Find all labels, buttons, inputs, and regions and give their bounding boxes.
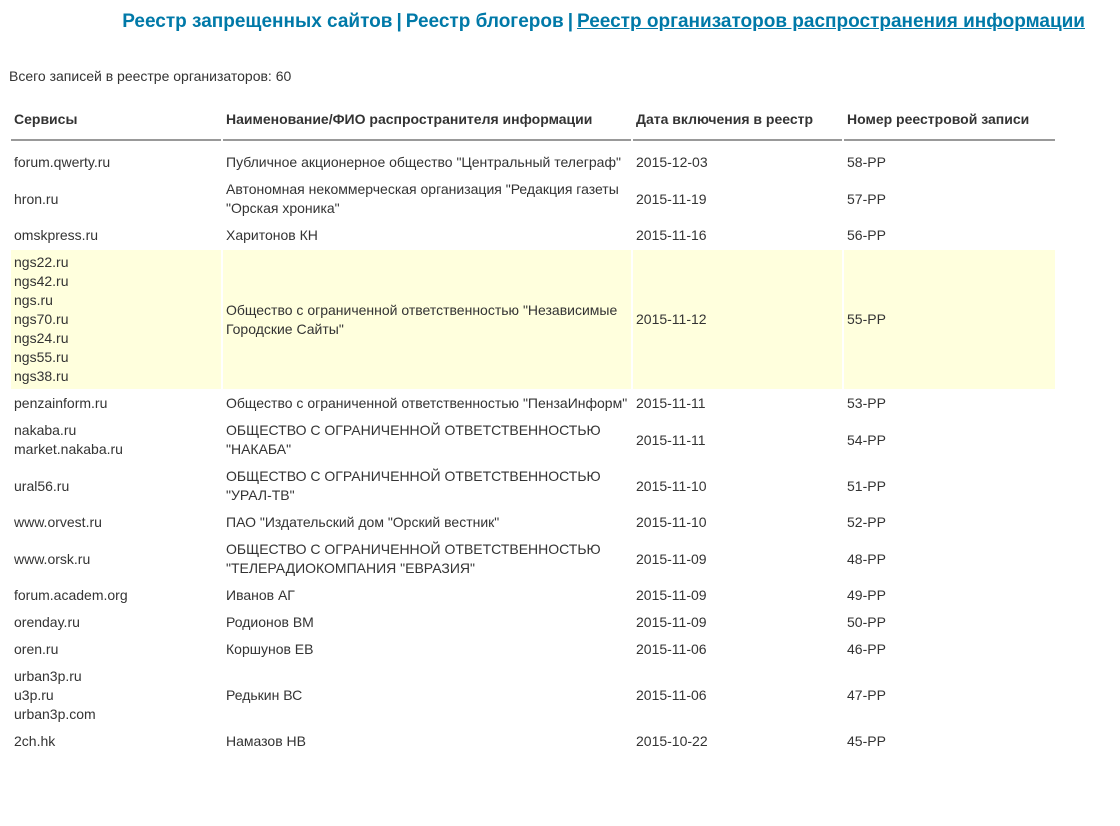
nav-link-bloggers[interactable]: Реестр блогеров xyxy=(406,11,564,32)
table-row: omskpress.ru Харитонов КН 2015-11-16 56-… xyxy=(11,223,1055,248)
nav-link-banned-sites[interactable]: Реестр запрещенных сайтов xyxy=(122,11,392,32)
record-number-cell: 48-РР xyxy=(844,537,1055,581)
distributor-name-cell: Иванов АГ xyxy=(223,583,631,608)
table-row: www.orvest.ru ПАО "Издательский дом "Орс… xyxy=(11,510,1055,535)
service-domain: penzainform.ru xyxy=(14,394,218,413)
inclusion-date-cell: 2015-11-10 xyxy=(633,464,842,508)
service-domain: forum.qwerty.ru xyxy=(14,153,218,172)
column-header-services: Сервисы xyxy=(11,106,221,141)
table-row: forum.academ.org Иванов АГ 2015-11-09 49… xyxy=(11,583,1055,608)
services-cell: www.orsk.ru xyxy=(11,537,221,581)
record-number-cell: 56-РР xyxy=(844,223,1055,248)
record-number-cell: 52-РР xyxy=(844,510,1055,535)
inclusion-date-cell: 2015-10-22 xyxy=(633,729,842,754)
inclusion-date-cell: 2015-11-09 xyxy=(633,610,842,635)
table-row: 2ch.hk Намазов НВ 2015-10-22 45-РР xyxy=(11,729,1055,754)
service-domain: omskpress.ru xyxy=(14,226,218,245)
inclusion-date-cell: 2015-11-09 xyxy=(633,583,842,608)
services-cell: nakaba.rumarket.nakaba.ru xyxy=(11,418,221,462)
service-domain: www.orsk.ru xyxy=(14,550,218,569)
service-domain: orenday.ru xyxy=(14,613,218,632)
table-row: www.orsk.ru ОБЩЕСТВО С ОГРАНИЧЕННОЙ ОТВЕ… xyxy=(11,537,1055,581)
distributor-name-cell: ОБЩЕСТВО С ОГРАНИЧЕННОЙ ОТВЕТСТВЕННОСТЬЮ… xyxy=(223,464,631,508)
service-domain: ngs55.ru xyxy=(14,348,218,367)
services-cell: omskpress.ru xyxy=(11,223,221,248)
inclusion-date-cell: 2015-12-03 xyxy=(633,143,842,175)
inclusion-date-cell: 2015-11-06 xyxy=(633,637,842,662)
table-body: forum.qwerty.ru Публичное акционерное об… xyxy=(11,143,1055,754)
service-domain: forum.academ.org xyxy=(14,586,218,605)
service-domain: 2ch.hk xyxy=(14,732,218,751)
service-domain: ngs24.ru xyxy=(14,329,218,348)
service-domain: u3p.ru xyxy=(14,686,218,705)
service-domain: market.nakaba.ru xyxy=(14,440,218,459)
table-row: nakaba.rumarket.nakaba.ru ОБЩЕСТВО С ОГР… xyxy=(11,418,1055,462)
distributor-name-cell: ОБЩЕСТВО С ОГРАНИЧЕННОЙ ОТВЕТСТВЕННОСТЬЮ… xyxy=(223,418,631,462)
record-number-cell: 55-РР xyxy=(844,250,1055,389)
inclusion-date-cell: 2015-11-06 xyxy=(633,664,842,727)
record-number-cell: 53-РР xyxy=(844,391,1055,416)
service-domain: urban3p.com xyxy=(14,705,218,724)
column-header-record-number: Номер реестровой записи xyxy=(844,106,1055,141)
distributor-name-cell: ОБЩЕСТВО С ОГРАНИЧЕННОЙ ОТВЕТСТВЕННОСТЬЮ… xyxy=(223,537,631,581)
distributor-name-cell: Коршунов ЕВ xyxy=(223,637,631,662)
inclusion-date-cell: 2015-11-16 xyxy=(633,223,842,248)
record-number-cell: 58-РР xyxy=(844,143,1055,175)
distributor-name-cell: Публичное акционерное общество "Централь… xyxy=(223,143,631,175)
record-number-cell: 57-РР xyxy=(844,177,1055,221)
inclusion-date-cell: 2015-11-10 xyxy=(633,510,842,535)
table-row: urban3p.ruu3p.ruurban3p.com Редькин ВС 2… xyxy=(11,664,1055,727)
service-domain: ngs.ru xyxy=(14,291,218,310)
inclusion-date-cell: 2015-11-11 xyxy=(633,418,842,462)
distributor-name-cell: Общество с ограниченной ответственностью… xyxy=(223,250,631,389)
service-domain: oren.ru xyxy=(14,640,218,659)
services-cell: ngs22.rungs42.rungs.rungs70.rungs24.rung… xyxy=(11,250,221,389)
services-cell: forum.qwerty.ru xyxy=(11,143,221,175)
service-domain: nakaba.ru xyxy=(14,421,218,440)
table-row: hron.ru Автономная некоммерческая органи… xyxy=(11,177,1055,221)
service-domain: ngs70.ru xyxy=(14,310,218,329)
record-number-cell: 46-РР xyxy=(844,637,1055,662)
service-domain: urban3p.ru xyxy=(14,667,218,686)
services-cell: ural56.ru xyxy=(11,464,221,508)
table-header-row: Сервисы Наименование/ФИО распространител… xyxy=(11,106,1055,141)
record-number-cell: 45-РР xyxy=(844,729,1055,754)
services-cell: www.orvest.ru xyxy=(11,510,221,535)
distributor-name-cell: Редькин ВС xyxy=(223,664,631,727)
services-cell: forum.academ.org xyxy=(11,583,221,608)
table-row: ural56.ru ОБЩЕСТВО С ОГРАНИЧЕННОЙ ОТВЕТС… xyxy=(11,464,1055,508)
services-cell: hron.ru xyxy=(11,177,221,221)
record-number-cell: 54-РР xyxy=(844,418,1055,462)
record-number-cell: 50-РР xyxy=(844,610,1055,635)
services-cell: oren.ru xyxy=(11,637,221,662)
services-cell: orenday.ru xyxy=(11,610,221,635)
table-row: penzainform.ru Общество с ограниченной о… xyxy=(11,391,1055,416)
services-cell: 2ch.hk xyxy=(11,729,221,754)
organizers-registry-table: Сервисы Наименование/ФИО распространител… xyxy=(9,104,1057,756)
total-records-count: Всего записей в реестре организаторов: 6… xyxy=(9,68,291,84)
distributor-name-cell: Харитонов КН xyxy=(223,223,631,248)
services-cell: penzainform.ru xyxy=(11,391,221,416)
service-domain: ngs22.ru xyxy=(14,253,218,272)
inclusion-date-cell: 2015-11-19 xyxy=(633,177,842,221)
distributor-name-cell: Автономная некоммерческая организация "Р… xyxy=(223,177,631,221)
inclusion-date-cell: 2015-11-12 xyxy=(633,250,842,389)
column-header-name: Наименование/ФИО распространителя информ… xyxy=(223,106,631,141)
nav-separator: | xyxy=(564,11,577,32)
services-cell: urban3p.ruu3p.ruurban3p.com xyxy=(11,664,221,727)
service-domain: ural56.ru xyxy=(14,477,218,496)
distributor-name-cell: Намазов НВ xyxy=(223,729,631,754)
service-domain: ngs42.ru xyxy=(14,272,218,291)
registry-navigation: Реестр запрещенных сайтов|Реестр блогеро… xyxy=(0,11,1085,33)
table-row: forum.qwerty.ru Публичное акционерное об… xyxy=(11,143,1055,175)
inclusion-date-cell: 2015-11-09 xyxy=(633,537,842,581)
service-domain: www.orvest.ru xyxy=(14,513,218,532)
column-header-date: Дата включения в реестр xyxy=(633,106,842,141)
distributor-name-cell: Родионов ВМ xyxy=(223,610,631,635)
service-domain: ngs38.ru xyxy=(14,367,218,386)
distributor-name-cell: ПАО "Издательский дом "Орский вестник" xyxy=(223,510,631,535)
service-domain: hron.ru xyxy=(14,190,218,209)
table-row: ngs22.rungs42.rungs.rungs70.rungs24.rung… xyxy=(11,250,1055,389)
record-number-cell: 49-РР xyxy=(844,583,1055,608)
nav-separator: | xyxy=(392,11,405,32)
distributor-name-cell: Общество с ограниченной ответственностью… xyxy=(223,391,631,416)
inclusion-date-cell: 2015-11-11 xyxy=(633,391,842,416)
nav-link-organizers[interactable]: Реестр организаторов распространения инф… xyxy=(577,11,1085,32)
record-number-cell: 47-РР xyxy=(844,664,1055,727)
record-number-cell: 51-РР xyxy=(844,464,1055,508)
table-row: orenday.ru Родионов ВМ 2015-11-09 50-РР xyxy=(11,610,1055,635)
table-row: oren.ru Коршунов ЕВ 2015-11-06 46-РР xyxy=(11,637,1055,662)
